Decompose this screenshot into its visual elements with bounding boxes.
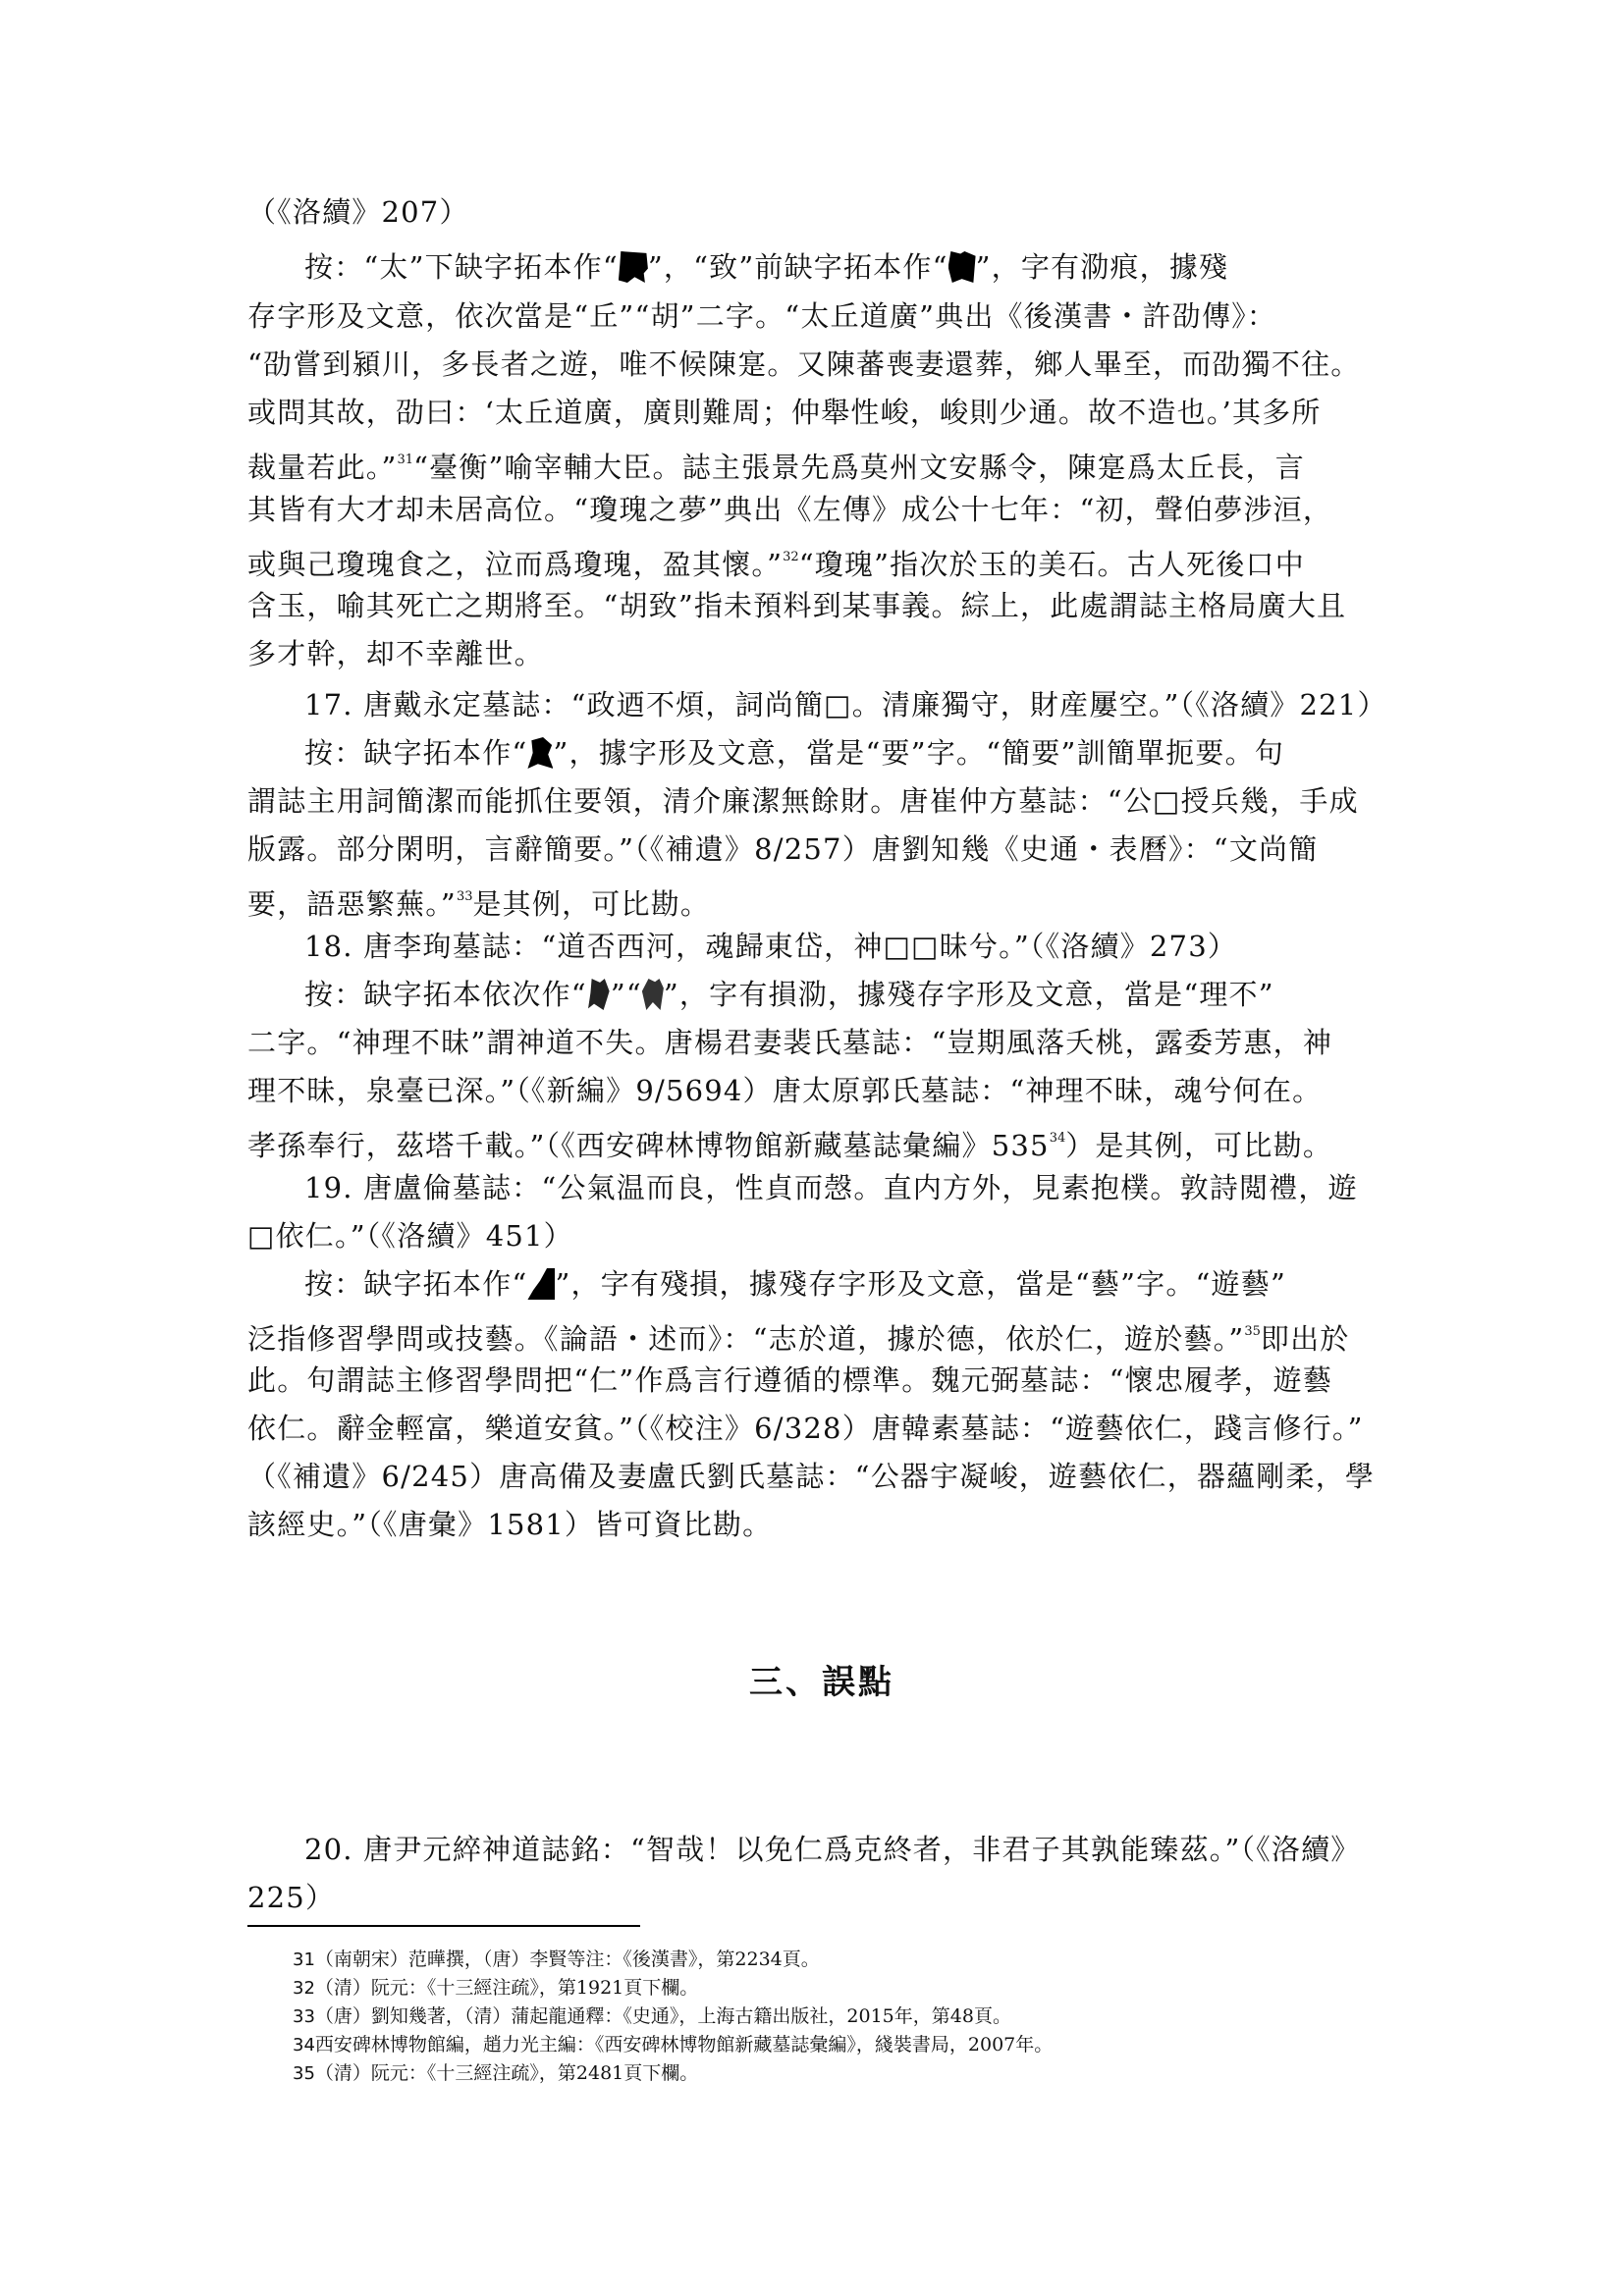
commentary-line: 存字形及文意，依次當是“丘”“胡”二字。“太丘道廣”典出《後漢書・許劭傳》：: [247, 296, 1276, 336]
footnote-ref-35[interactable]: 35: [1244, 1324, 1261, 1339]
rubbing-image-qiu: [619, 251, 648, 283]
text-span: ”，字有殘損，據殘存字形及文意，當是“藝”字。“遊藝”: [555, 1267, 1286, 1301]
text-span: 孝孫奉行，茲塔千載。”（《西安碑林博物館新藏墓誌彙編》535: [247, 1129, 1050, 1162]
footnote-number: 34: [293, 2035, 315, 2056]
text-span: 按：缺字拓本作“: [304, 736, 527, 770]
citation-line: （《洛續》207）: [247, 192, 469, 232]
commentary-line: 按：“太”下缺字拓本作“”，“致”前缺字拓本作“”，字有泐痕，據殘: [304, 247, 1228, 287]
commentary-line: 版露。部分閑明，言辭簡要。”（《補遺》8/257）唐劉知幾《史通・表曆》：“文尚…: [247, 829, 1318, 869]
commentary-line: 此。句謂誌主修習學問把“仁”作爲言行遵循的標準。魏元弼墓誌：“懷忠履孝，遊藝: [247, 1361, 1332, 1400]
footnote-ref-34[interactable]: 34: [1050, 1131, 1066, 1146]
commentary-line: 按：缺字拓本依次作“”“”，字有損泐，據殘存字形及文意，當是“理不”: [304, 975, 1274, 1014]
commentary-line: 多才幹，却不幸離世。: [247, 634, 544, 673]
footnote-number: 35: [293, 2063, 315, 2084]
commentary-line: 要，語惡繁蕪。”33是其例，可比勘。: [247, 878, 710, 924]
commentary-line: 依仁。辭金輕富，樂道安貧。”（《校注》6/328）唐韓素墓誌：“遊藝依仁，踐言修…: [247, 1409, 1364, 1448]
text-span: 按：“太”下缺字拓本作“: [304, 250, 619, 284]
commentary-line: 孝孫奉行，茲塔千載。”（《西安碑林博物館新藏墓誌彙編》53534）是其例，可比勘…: [247, 1119, 1332, 1165]
entry-20-heading: 20. 唐尹元綷神道誌銘：“智哉！以免仁爲克終者，非君子其孰能臻茲。”（《洛續》: [304, 1830, 1361, 1869]
entry-20-heading-cont: 225）: [247, 1878, 335, 1917]
commentary-line: 按：缺字拓本作“”，據字形及文意，當是“要”字。“簡要”訓簡單扼要。句: [304, 733, 1284, 773]
text-span: ”“: [611, 978, 642, 1011]
commentary-line: 含玉，喻其死亡之期將至。“胡致”指未預料到某事義。綜上，此處謂誌主格局廣大且: [247, 586, 1346, 625]
footnote-text: （唐）劉知幾著，（清）蒲起龍通釋：《史通》，上海古籍出版社，2015年，第48頁…: [315, 2005, 1011, 2027]
commentary-line: “劭嘗到潁川，多長者之遊，唯不候陳寔。又陳蕃喪妻還葬，鄉人畢至，而劭獨不往。: [247, 345, 1360, 384]
text-span: ”，字有損泐，據殘存字形及文意，當是“理不”: [664, 978, 1274, 1011]
text-span: 裁量若此。”: [247, 451, 398, 484]
text-span: ”，“致”前缺字拓本作“: [648, 250, 948, 284]
rubbing-image-yao: [527, 737, 553, 769]
footnote-ref-31[interactable]: 31: [398, 453, 414, 467]
footnote-32: 32（清）阮元：《十三經注疏》，第1921頁下欄。: [293, 1975, 698, 2002]
text-span: 即出於: [1261, 1322, 1350, 1356]
text-span: 要，語惡繁蕪。”: [247, 887, 457, 921]
commentary-line: 或問其故，劭曰：‘太丘道廣，廣則難周；仲舉性峻，峻則少通。故不造也。’其多所: [247, 393, 1322, 432]
text-span: “瓊瑰”指次於玉的美石。古人死後口中: [799, 548, 1305, 581]
text-span: ”，字有泐痕，據殘: [976, 250, 1229, 284]
footnote-35: 35（清）阮元：《十三經注疏》，第2481頁下欄。: [293, 2060, 698, 2087]
footnote-text: （清）阮元：《十三經注疏》，第1921頁下欄。: [315, 1977, 698, 1999]
footnote-separator: [247, 1925, 640, 1927]
footnote-ref-32[interactable]: 32: [783, 550, 799, 564]
section-heading: 三、誤點: [247, 1655, 1396, 1703]
entry-18-heading: 18. 唐李珣墓誌：“道否西河，魂歸東岱，神□□昧兮。”（《洛續》273）: [304, 927, 1237, 966]
rubbing-image-yi: [527, 1268, 555, 1300]
rubbing-image-li: [587, 979, 611, 1010]
footnote-text: （南朝宋）范曄撰，（唐）李賢等注：《後漢書》，第2234頁。: [315, 1949, 820, 1970]
footnote-text: 西安碑林博物館編，趙力光主編：《西安碑林博物館新藏墓誌彙編》，綫裝書局，2007…: [315, 2034, 1053, 2056]
text-span: 按：缺字拓本依次作“: [304, 978, 587, 1011]
commentary-line: （《補遺》6/245）唐高備及妻盧氏劉氏墓誌：“公器宇凝峻，遊藝依仁，器蘊剛柔，…: [247, 1457, 1375, 1496]
text-span: ”，據字形及文意，當是“要”字。“簡要”訓簡單扼要。句: [553, 736, 1284, 770]
footnote-33: 33（唐）劉知幾著，（清）蒲起龍通釋：《史通》，上海古籍出版社，2015年，第4…: [293, 2003, 1011, 2030]
text-span: “臺衡”喻宰輔大臣。誌主張景先爲莫州文安縣令，陳寔爲太丘長，言: [413, 451, 1305, 484]
commentary-line: 裁量若此。”31“臺衡”喻宰輔大臣。誌主張景先爲莫州文安縣令，陳寔爲太丘長，言: [247, 441, 1305, 487]
commentary-line: 按：缺字拓本作“”，字有殘損，據殘存字形及文意，當是“藝”字。“遊藝”: [304, 1264, 1286, 1304]
text-span: 泛指修習學問或技藝。《論語・述而》：“志於道，據於德，依於仁，遊於藝。”: [247, 1322, 1244, 1356]
text-span: 或與己瓊瑰食之，泣而爲瓊瑰，盈其懷。”: [247, 548, 783, 581]
footnote-text: （清）阮元：《十三經注疏》，第2481頁下欄。: [315, 2062, 698, 2084]
footnote-number: 31: [293, 1949, 315, 1970]
entry-19-heading: 19. 唐盧倫墓誌：“公氣温而良，性貞而愨。直内方外，見素抱樸。敦詩閲禮，遊: [304, 1168, 1358, 1207]
commentary-line: 或與己瓊瑰食之，泣而爲瓊瑰，盈其懷。”32“瓊瑰”指次於玉的美石。古人死後口中: [247, 538, 1305, 584]
entry-17-heading: 17. 唐戴永定墓誌：“政迺不煩，詞尚簡□。清廉獨守，財産屢空。”（《洛續》22…: [304, 685, 1387, 724]
rubbing-image-hu: [948, 251, 976, 283]
footnote-number: 32: [293, 1978, 315, 1999]
text-span: ）是其例，可比勘。: [1065, 1129, 1332, 1162]
commentary-line: 其皆有大才却未居高位。“瓊瑰之夢”典出《左傳》成公十七年：“初，聲伯夢涉洹，: [247, 490, 1332, 529]
text-span: 是其例，可比勘。: [472, 887, 710, 921]
footnote-31: 31（南朝宋）范曄撰，（唐）李賢等注：《後漢書》，第2234頁。: [293, 1947, 820, 1973]
commentary-line: 謂誌主用詞簡潔而能抓住要領，清介廉潔無餘財。唐崔仲方墓誌：“公□授兵幾，手成: [247, 781, 1359, 821]
footnote-number: 33: [293, 2006, 315, 2027]
commentary-line: 該經史。”（《唐彙》1581）皆可資比勘。: [247, 1505, 772, 1544]
footnote-34: 34西安碑林博物館編，趙力光主編：《西安碑林博物館新藏墓誌彙編》，綫裝書局，20…: [293, 2032, 1053, 2058]
commentary-line: 二字。“神理不昧”謂神道不失。唐楊君妻裴氏墓誌：“豈期風落夭桃，露委芳惠，神: [247, 1023, 1332, 1062]
commentary-line: 泛指修習學問或技藝。《論語・述而》：“志於道，據於德，依於仁，遊於藝。”35即出…: [247, 1312, 1350, 1359]
footnote-ref-33[interactable]: 33: [457, 889, 473, 904]
text-span: 按：缺字拓本作“: [304, 1267, 527, 1301]
rubbing-image-bu: [642, 979, 664, 1010]
entry-19-heading-cont: □依仁。”（《洛續》451）: [247, 1216, 573, 1255]
commentary-line: 理不昧，泉臺已深。”（《新編》9/5694）唐太原郭氏墓誌：“神理不昧，魂兮何在…: [247, 1071, 1322, 1110]
